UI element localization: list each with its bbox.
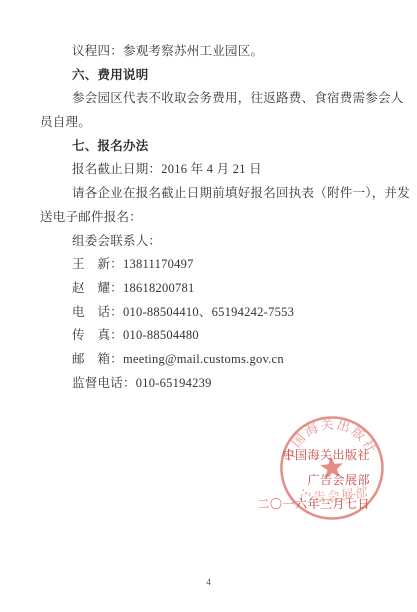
doc-line-contact-wangxin: 王 新：13811170497 xyxy=(40,253,385,277)
page-number: 4 xyxy=(0,577,417,587)
doc-line-fees-1: 参会园区代表不收取会务费用，往返路费、食宿费需参会人 xyxy=(40,87,385,111)
doc-line-deadline: 报名截止日期：2016 年 4 月 21 日 xyxy=(40,158,385,182)
doc-line-contacts-label: 组委会联系人： xyxy=(40,230,385,254)
doc-line-instruction-2: 送电子邮件报名： xyxy=(40,206,385,230)
doc-line-fees-2: 员自理。 xyxy=(40,111,385,135)
doc-line-instruction-1: 请各企业在报名截止日期前填好报名回执表（附件一），并发 xyxy=(40,182,385,206)
signature-org-line2: 广告会展部 xyxy=(257,468,370,493)
signature-date: 二〇一六年三月七日 xyxy=(257,492,370,517)
signature-block: 中国海关出版社 广告会展部 二〇一六年三月七日 xyxy=(257,443,370,517)
signature-org-line1: 中国海关出版社 xyxy=(257,443,370,468)
document-body: 议程四：参观考察苏州工业园区。 六、费用说明 参会园区代表不收取会务费用，往返路… xyxy=(40,40,385,395)
doc-line-agenda4: 议程四：参观考察苏州工业园区。 xyxy=(40,40,385,64)
doc-line-supervision-phone: 监督电话：010-65194239 xyxy=(40,372,385,396)
document-page: 议程四：参观考察苏州工业园区。 六、费用说明 参会园区代表不收取会务费用，往返路… xyxy=(0,0,417,612)
section-heading-fees: 六、费用说明 xyxy=(40,64,385,88)
section-heading-signup: 七、报名办法 xyxy=(40,135,385,159)
doc-line-email: 邮 箱：meeting@mail.customs.gov.cn xyxy=(40,348,385,372)
doc-line-phone: 电 话：010-88504410、65194242-7553 xyxy=(40,301,385,325)
doc-line-fax: 传 真：010-88504480 xyxy=(40,324,385,348)
doc-line-contact-zhaoyao: 赵 耀：18618200781 xyxy=(40,277,385,301)
